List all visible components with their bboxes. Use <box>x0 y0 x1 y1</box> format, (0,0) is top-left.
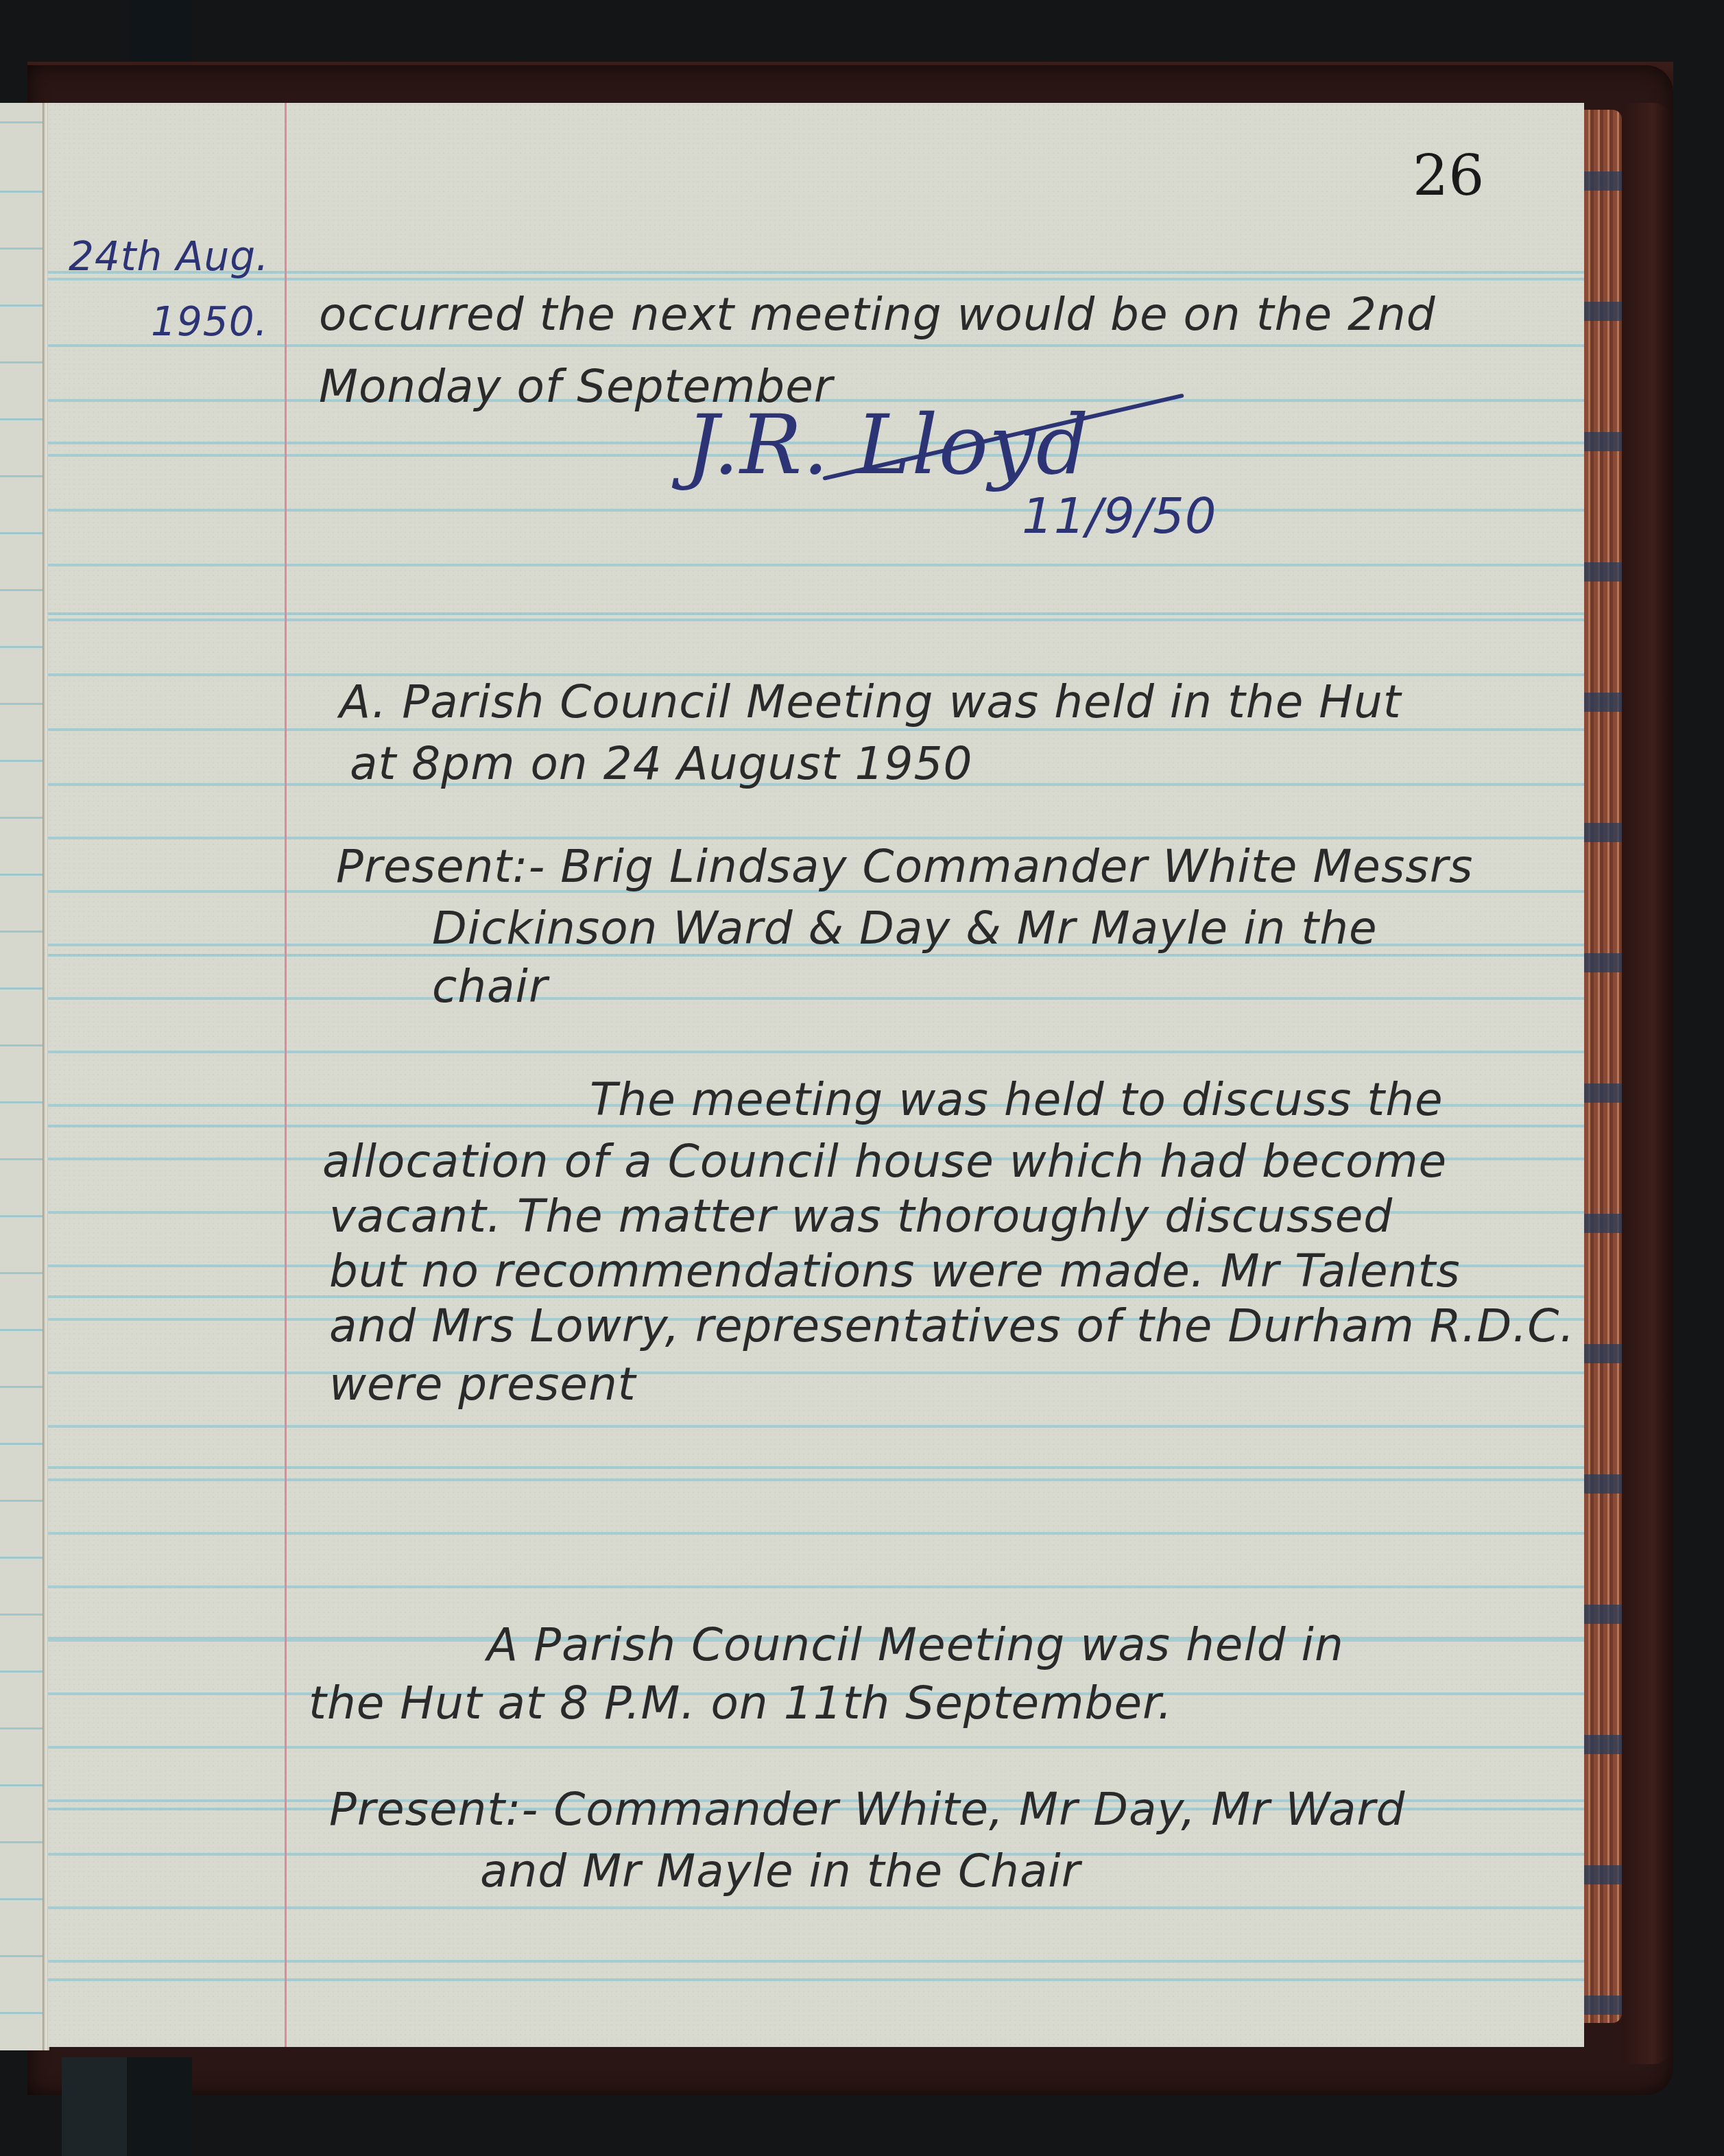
left-page-strip <box>0 103 44 2050</box>
ruled-line <box>48 1746 1584 1749</box>
meeting1-body-line-2: allocation of a Council house which had … <box>322 1135 1447 1188</box>
meeting1-present-line-3: chair <box>432 960 548 1013</box>
ruled-line <box>48 837 1584 839</box>
meeting1-body-line-5: and Mrs Lowry, representatives of the Du… <box>329 1299 1575 1352</box>
signature-date: 11/9/50 <box>1022 487 1217 544</box>
meeting1-present-line-2: Dickinson Ward & Day & Mr Mayle in the <box>432 902 1378 955</box>
ruled-line <box>48 1372 1584 1374</box>
meeting2-heading-line-1: A Parish Council Meeting was held in <box>487 1618 1344 1671</box>
meeting2-heading-line-2: the Hut at 8 P.M. on 11th September. <box>309 1677 1173 1729</box>
margin-date-year: 1950. <box>151 298 268 345</box>
ruled-line <box>48 344 1584 347</box>
ruled-line <box>48 1906 1584 1909</box>
ruled-line <box>48 564 1584 566</box>
meeting1-heading-line-2: at 8pm on 24 August 1950 <box>350 737 973 790</box>
meeting1-body-line-3: vacant. The matter was thoroughly discus… <box>329 1190 1393 1243</box>
notebook-page: 26 24th Aug. 1950. occurred the next mee… <box>48 103 1584 2047</box>
continued-line-1: occurred the next meeting would be on th… <box>319 288 1436 341</box>
signature: J.R. Lloyd <box>686 398 1090 493</box>
meeting1-body-line-1: The meeting was held to discuss the <box>590 1073 1444 1126</box>
margin-date-day: 24th Aug. <box>69 233 269 280</box>
ruled-line <box>48 1960 1584 1963</box>
page-number: 26 <box>1413 144 1484 209</box>
marbled-page-edges <box>1584 110 1622 2023</box>
ruled-line <box>48 997 1584 1000</box>
ruled-line <box>48 1532 1584 1535</box>
ruled-line <box>48 1585 1584 1588</box>
ruled-line <box>48 619 1584 621</box>
ruled-line <box>48 278 1584 280</box>
meeting1-heading-line-1: A. Parish Council Meeting was held in th… <box>339 675 1402 728</box>
ruled-line <box>48 509 1584 512</box>
meeting2-present-line-2: and Mr Mayle in the Chair <box>480 1845 1081 1897</box>
ruled-line <box>48 1478 1584 1481</box>
meeting1-body-line-6: were present <box>329 1358 636 1411</box>
cover-right-edge <box>1622 103 1673 2064</box>
book-spine-bottom <box>62 2057 192 2156</box>
meeting1-present-line-1: Present:- Brig Lindsay Commander White M… <box>336 840 1473 893</box>
ruled-line <box>48 1425 1584 1428</box>
ruled-line <box>48 1051 1584 1053</box>
meeting2-present-line-1: Present:- Commander White, Mr Day, Mr Wa… <box>329 1783 1405 1836</box>
ruled-line <box>48 728 1584 731</box>
meeting1-body-line-4: but no recommendations were made. Mr Tal… <box>329 1245 1461 1297</box>
red-margin-line <box>285 103 287 2047</box>
